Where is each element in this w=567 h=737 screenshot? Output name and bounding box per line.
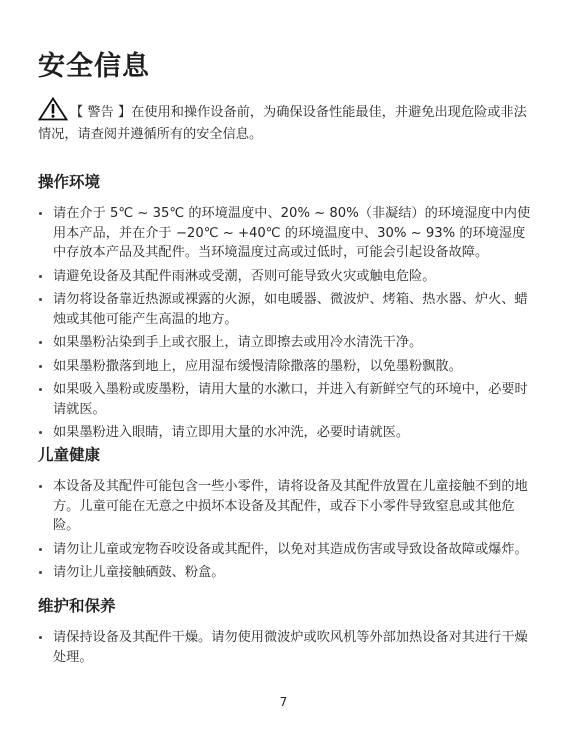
list-item: 请勿将设备靠近热源或裸露的火源，如电暖器、微波炉、烤箱、热水器、炉火、蜡烛或其他… (38, 290, 533, 329)
list-item: 如果墨粉进入眼睛，请立即用大量的水冲洗，必要时请就医。 (38, 423, 533, 443)
section-title: 儿童健康 (38, 443, 533, 465)
section-title: 操作环境 (38, 170, 533, 192)
list-item: 本设备及其配件可能包含一些小零件，请将设备及其配件放置在儿童接触不到的地方。儿童… (38, 477, 533, 536)
list-item: 请在介于 5℃ ~ 35℃ 的环境温度中、20% ~ 80%（非凝结）的环境湿度… (38, 204, 533, 263)
list-item: 如果墨粉沾染到手上或衣服上，请立即擦去或用冷水清洗干净。 (38, 333, 533, 353)
page-number: 7 (0, 695, 567, 709)
warning-label: 【 警告 】 (70, 105, 131, 120)
list-item: 请保持设备及其配件干燥。请勿使用微波炉或吹风机等外部加热设备对其进行干燥处理。 (38, 628, 533, 667)
section-child-health: 儿童健康 本设备及其配件可能包含一些小零件，请将设备及其配件放置在儿童接触不到的… (38, 443, 533, 587)
bullet-list: 请在介于 5℃ ~ 35℃ 的环境温度中、20% ~ 80%（非凝结）的环境湿度… (38, 204, 533, 443)
list-item: 请避免设备及其配件雨淋或受潮，否则可能导致火灾或触电危险。 (38, 267, 533, 287)
list-item: 请勿让儿童接触硒鼓、粉盒。 (38, 563, 533, 583)
section-title: 维护和保养 (38, 594, 533, 616)
bullet-list: 请保持设备及其配件干燥。请勿使用微波炉或吹风机等外部加热设备对其进行干燥处理。 (38, 628, 533, 667)
list-item: 请勿让儿童或宠物吞咬设备或其配件，以免对其造成伤害或导致设备故障或爆炸。 (38, 540, 533, 560)
section-maintenance: 维护和保养 请保持设备及其配件干燥。请勿使用微波炉或吹风机等外部加热设备对其进行… (38, 594, 533, 671)
section-operating-environment: 操作环境 请在介于 5℃ ~ 35℃ 的环境温度中、20% ~ 80%（非凝结）… (38, 170, 533, 447)
bullet-list: 本设备及其配件可能包含一些小零件，请将设备及其配件放置在儿童接触不到的地方。儿童… (38, 477, 533, 583)
warning-notice: 【 警告 】在使用和操作设备前，为确保设备性能最佳，并避免出现危险或非法情况，请… (38, 97, 533, 146)
list-item: 如果吸入墨粉或废墨粉，请用大量的水漱口，并进入有新鲜空气的环境中，必要时请就医。 (38, 380, 533, 419)
warning-triangle-icon (38, 97, 68, 121)
list-item: 如果墨粉撒落到地上，应用湿布缓慢清除撒落的墨粉，以免墨粉飘散。 (38, 357, 533, 377)
page-title: 安全信息 (38, 44, 150, 83)
